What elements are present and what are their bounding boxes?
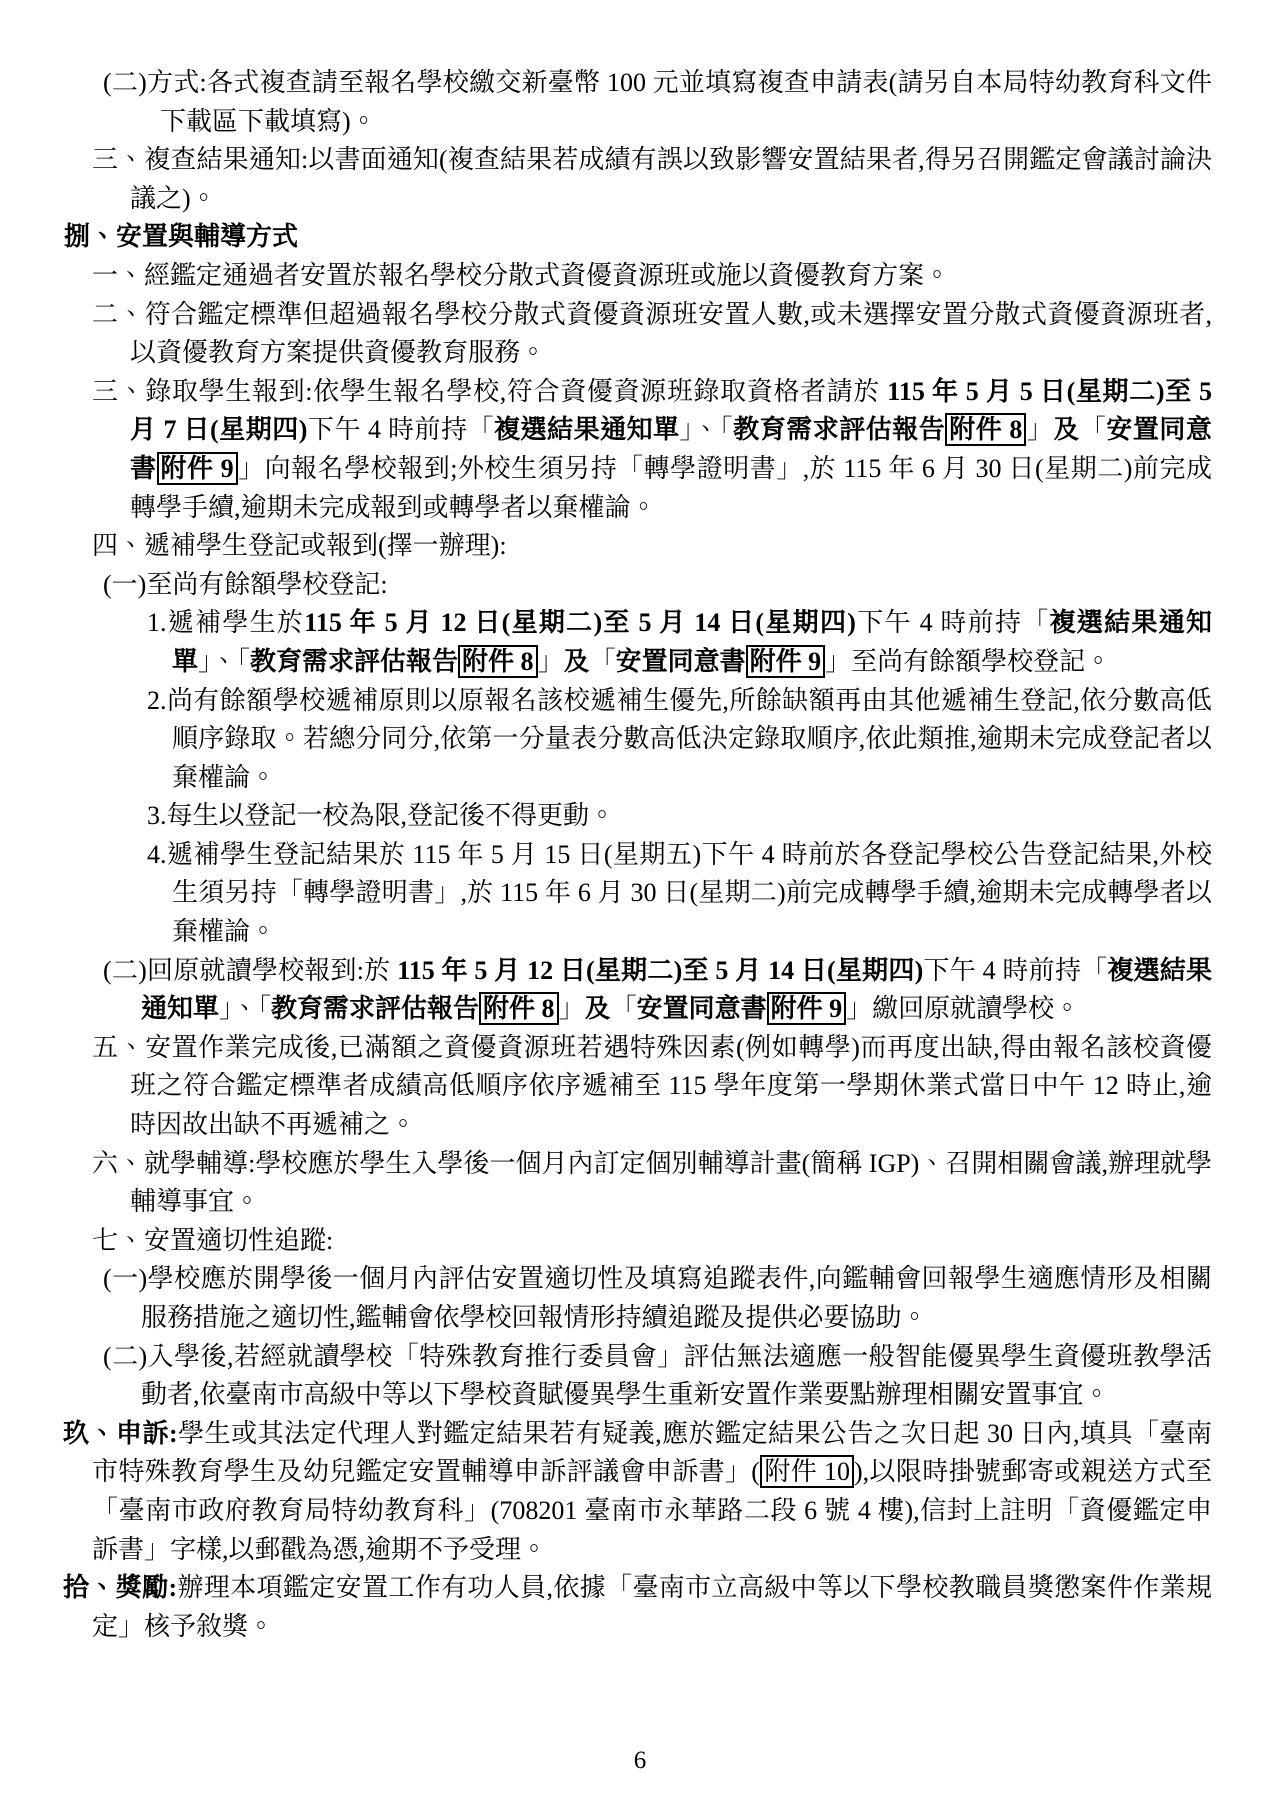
para-8-2-over-quota: 二、符合鑑定標準但超過報名學校分散式資優資源班安置人數,或未選擇安置分散式資優資… [130,296,1212,373]
para-10-reward: 拾、獎勵:辦理本項鑑定安置工作有功人員,依據「臺南市立高級中等以下學校教職員獎懲… [92,1569,1212,1646]
text-run: 4.遞補學生登記結果於 115 年 5 月 15 日(星期五)下午 4 時前於各… [147,840,1212,946]
para-8-6-school-guidance: 六、就學輔導:學校應於學生入學後一個月內訂定個別輔導計畫(簡稱 IGP)、召開相… [130,1145,1212,1222]
text-run: 一、經鑑定通過者安置於報名學校分散式資優資源班或施以資優教育方案。 [92,261,950,290]
para-8-1-placement: 一、經鑑定通過者安置於報名學校分散式資優資源班或施以資優教育方案。 [130,257,1212,296]
text-run: 」、「 [219,994,271,1023]
text-run: 三、錄取學生報到:依學生報名學校,符合資優資源班錄取資格者請於 [92,377,887,406]
para-8-4-1-item1: 1.遞補學生於115 年 5 月 12 日(星期二)至 5 月 14 日(星期四… [172,604,1212,681]
text-run: 」、「 [198,647,250,676]
para-8-3-admitted-report: 三、錄取學生報到:依學生報名學校,符合資優資源班錄取資格者請於 115 年 5 … [130,373,1212,527]
text-run: (二)入學後,若經就讀學校「特殊教育推行委員會」評估無法適應一般智能優異學生資優… [103,1342,1212,1410]
text-run: 」 [538,647,564,676]
text-run: 四、遞補學生登記或報到(擇一辦理): [92,531,507,560]
text-run: 捌、安置與輔導方式 [64,222,298,251]
document-body: (二)方式:各式複查請至報名學校繳交新臺幣 100 元並填寫複查申請表(請另自本… [0,64,1212,1646]
emphasis-run: 115 年 5 月 12 日(星期二)至 5 月 14 日(星期四) [397,956,923,985]
text-run: 1.遞補學生於 [147,608,304,637]
text-run: 」至尚有餘額學校登記。 [825,647,1111,676]
document-page: (二)方式:各式複查請至報名學校繳交新臺幣 100 元並填寫複查申請表(請另自本… [0,0,1280,1810]
text-run: 下午 4 時前持「 [923,956,1107,985]
attachment-ref: 附件 8 [458,645,538,678]
para-8-7-1-evaluation: (一)學校應於開學後一個月內評估安置適切性及填寫追蹤表件,向鑑輔會回報學生適應情… [141,1260,1212,1337]
para-9-appeal: 玖、申訴:學生或其法定代理人對鑑定結果若有疑義,應於鑑定結果公告之次日起 30 … [92,1415,1212,1569]
emphasis-run: 玖、申訴: [63,1419,178,1448]
attachment-ref: 附件 8 [479,992,559,1025]
text-run: 「 [1080,415,1107,444]
emphasis-run: 及 [585,994,611,1023]
page-number: 6 [0,1746,1280,1776]
text-run: (二)方式:各式複查請至報名學校繳交新臺幣 100 元並填寫複查申請表(請另自本… [103,68,1212,136]
heading-section-8-placement-guidance: 捌、安置與輔導方式 [64,218,1212,257]
text-run: 七、安置適切性追蹤: [92,1226,333,1255]
text-run: 」向報名學校報到;外校生須另持「轉學證明書」,於 115 年 6 月 30 日(… [130,454,1212,522]
text-run: 辦理本項鑑定安置工作有功人員,依據「臺南市立高級中等以下學校教職員獎懲案件作業規… [92,1573,1212,1641]
emphasis-run: 複選結果通知單 [494,415,680,444]
emphasis-run: 安置同意書 [616,647,746,676]
text-run: 「 [611,994,637,1023]
para-8-4-1-register-vacancy: (一)至尚有餘額學校登記: [141,566,1212,605]
emphasis-run: 115 年 5 月 12 日(星期二)至 5 月 14 日(星期四) [304,608,856,637]
text-run: 六、就學輔導:學校應於學生入學後一個月內訂定個別輔導計畫(簡稱 IGP)、召開相… [92,1149,1212,1217]
attachment-ref: 附件 9 [746,645,826,678]
text-run: 三、複查結果通知:以書面通知(複查結果若成績有誤以致影響安置結果者,得另召開鑑定… [92,145,1212,213]
text-run: 2.尚有餘額學校遞補原則以原報名該校遞補生優先,所餘缺額再由其他遞補生登記,依分… [147,686,1212,792]
text-run: 3.每生以登記一校為限,登記後不得更動。 [147,801,615,830]
attachment-ref: 附件 9 [157,452,238,485]
emphasis-run: 教育需求評估報告 [271,994,479,1023]
emphasis-run: 拾、獎勵: [63,1573,177,1602]
text-run: (一)學校應於開學後一個月內評估安置適切性及填寫追蹤表件,向鑑輔會回報學生適應情… [103,1264,1212,1332]
emphasis-run: 及 [1053,415,1080,444]
para-8-4-2-return-school: (二)回原就讀學校報到:於 115 年 5 月 12 日(星期二)至 5 月 1… [141,952,1212,1029]
text-run: 」 [559,994,585,1023]
text-run: 下午 4 時前持「 [307,415,494,444]
text-run: 」繳回原就讀學校。 [846,994,1080,1023]
para-8-4-waitlist: 四、遞補學生登記或報到(擇一辦理): [130,527,1212,566]
para-8-4-1-item2: 2.尚有餘額學校遞補原則以原報名該校遞補生優先,所餘缺額再由其他遞補生登記,依分… [172,682,1212,798]
emphasis-run: 教育需求評估報告 [733,415,945,444]
para-review-method: (二)方式:各式複查請至報名學校繳交新臺幣 100 元並填寫複查申請表(請另自本… [160,64,1212,141]
text-run: 下午 4 時前持「 [856,608,1050,637]
attachment-ref: 附件 9 [767,992,847,1025]
para-8-4-1-item3: 3.每生以登記一校為限,登記後不得更動。 [172,797,1212,836]
emphasis-run: 安置同意書 [637,994,767,1023]
text-run: 「 [590,647,616,676]
para-8-5-vacancy-refill: 五、安置作業完成後,已滿額之資優資源班若遇特殊因素(例如轉學)而再度出缺,得由報… [130,1029,1212,1145]
attachment-ref: 附件 8 [945,413,1026,446]
text-run: 五、安置作業完成後,已滿額之資優資源班若遇特殊因素(例如轉學)而再度出缺,得由報… [92,1033,1212,1139]
text-run: (二)回原就讀學校報到:於 [103,956,397,985]
para-8-4-1-item4: 4.遞補學生登記結果於 115 年 5 月 15 日(星期五)下午 4 時前於各… [172,836,1212,952]
text-run: 」 [1026,415,1053,444]
text-run: (一)至尚有餘額學校登記: [103,570,388,599]
attachment-ref: 附件 10 [760,1455,854,1488]
para-8-7-2-reassignment: (二)入學後,若經就讀學校「特殊教育推行委員會」評估無法適應一般智能優異學生資優… [141,1338,1212,1415]
emphasis-run: 教育需求評估報告 [250,647,458,676]
text-run: 二、符合鑑定標準但超過報名學校分散式資優資源班安置人數,或未選擇安置分散式資優資… [92,300,1212,368]
text-run: 」、「 [680,415,734,444]
para-review-result-notice: 三、複查結果通知:以書面通知(複查結果若成績有誤以致影響安置結果者,得另召開鑑定… [130,141,1212,218]
emphasis-run: 及 [564,647,590,676]
para-8-7-tracking: 七、安置適切性追蹤: [130,1222,1212,1261]
